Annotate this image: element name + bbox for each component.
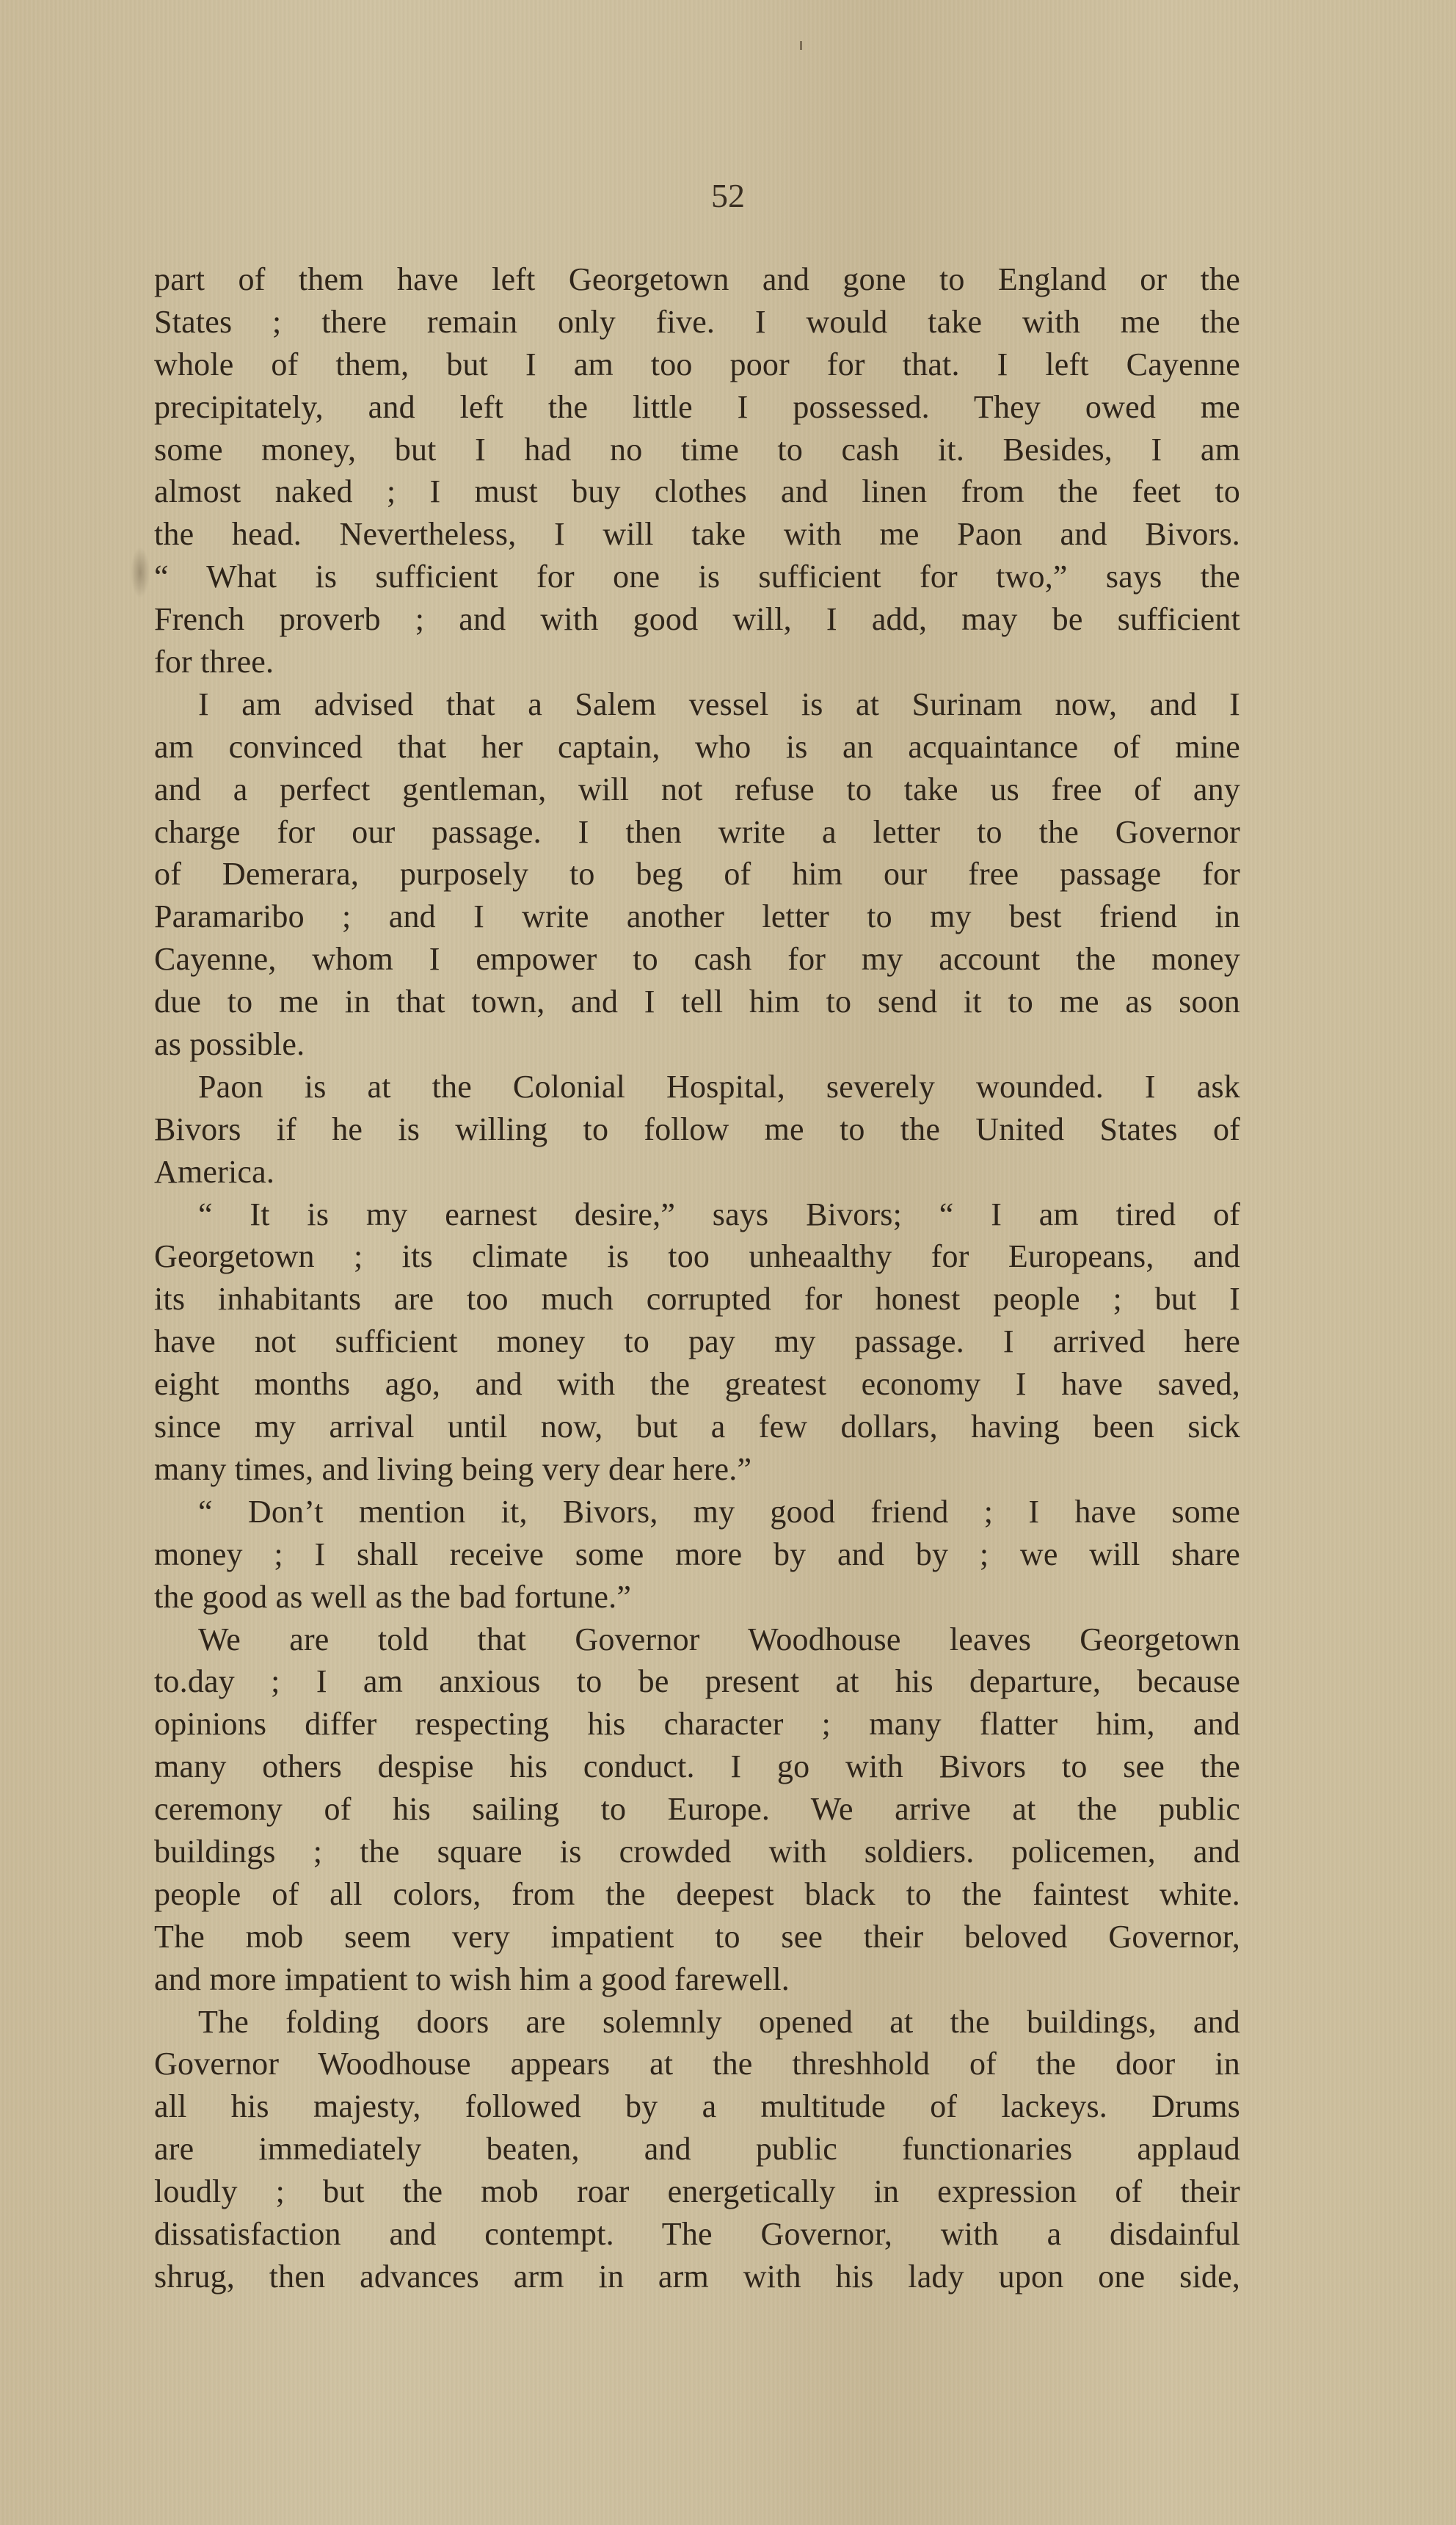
- text-line: French proverb ; and with good will, I a…: [154, 598, 1240, 641]
- text-line: “ It is my earnest desire,” says Bivors;…: [154, 1194, 1240, 1236]
- paragraph: Paon is at the Colonial Hospital, severe…: [154, 1066, 1240, 1194]
- text-line: since my arrival until now, but a few do…: [154, 1406, 1240, 1448]
- text-line: part of them have left Georgetown and go…: [154, 258, 1240, 301]
- text-line: some money, but I had no time to cash it…: [154, 429, 1240, 471]
- text-line: shrug, then advances arm in arm with his…: [154, 2256, 1240, 2298]
- text-line: ceremony of his sailing to Europe. We ar…: [154, 1788, 1240, 1831]
- text-line: people of all colors, from the deepest b…: [154, 1873, 1240, 1916]
- ink-smudge: [131, 547, 150, 598]
- text-line: loudly ; but the mob roar energetically …: [154, 2170, 1240, 2213]
- text-line: Cayenne, whom I empower to cash for my a…: [154, 938, 1240, 981]
- body-text: part of them have left Georgetown and go…: [154, 258, 1240, 2298]
- text-line: and a perfect gentleman, will not refuse…: [154, 769, 1240, 811]
- text-line: We are told that Governor Woodhouse leav…: [154, 1618, 1240, 1661]
- text-line: many others despise his conduct. I go wi…: [154, 1745, 1240, 1788]
- paragraph: part of them have left Georgetown and go…: [154, 258, 1240, 683]
- text-line: Georgetown ; its climate is too unheaalt…: [154, 1235, 1240, 1278]
- text-line: States ; there remain only five. I would…: [154, 301, 1240, 344]
- text-line: I am advised that a Salem vessel is at S…: [154, 683, 1240, 726]
- text-line: for three.: [154, 641, 1240, 683]
- text-line: “ What is sufficient for one is sufficie…: [154, 556, 1240, 598]
- paragraph: We are told that Governor Woodhouse leav…: [154, 1618, 1240, 2001]
- text-line: money ; I shall receive some more by and…: [154, 1533, 1240, 1576]
- text-line: its inhabitants are too much corrupted f…: [154, 1278, 1240, 1320]
- text-line: the good as well as the bad fortune.”: [154, 1576, 1240, 1618]
- paper-speck: [800, 41, 802, 50]
- paragraph: The folding doors are solemnly opened at…: [154, 2001, 1240, 2298]
- text-line: buildings ; the square is crowded with s…: [154, 1831, 1240, 1873]
- text-line: of Demerara, purposely to beg of him our…: [154, 853, 1240, 895]
- text-line: and more impatient to wish him a good fa…: [154, 1958, 1240, 2001]
- text-line: precipitately, and left the little I pos…: [154, 386, 1240, 429]
- text-line: Governor Woodhouse appears at the thresh…: [154, 2043, 1240, 2085]
- text-line: are immediately beaten, and public funct…: [154, 2128, 1240, 2170]
- text-line: Bivors if he is willing to follow me to …: [154, 1108, 1240, 1151]
- text-line: America.: [154, 1151, 1240, 1194]
- text-line: the head. Nevertheless, I will take with…: [154, 513, 1240, 556]
- text-line: Paon is at the Colonial Hospital, severe…: [154, 1066, 1240, 1108]
- text-line: whole of them, but I am too poor for tha…: [154, 344, 1240, 386]
- paragraph: “ Don’t mention it, Bivors, my good frie…: [154, 1491, 1240, 1618]
- text-line: The folding doors are solemnly opened at…: [154, 2001, 1240, 2043]
- text-line: many times, and living being very dear h…: [154, 1448, 1240, 1491]
- text-line: Paramaribo ; and I write another letter …: [154, 895, 1240, 938]
- text-line: all his majesty, followed by a multitude…: [154, 2085, 1240, 2128]
- text-line: opinions differ respecting his character…: [154, 1703, 1240, 1745]
- text-line: almost naked ; I must buy clothes and li…: [154, 471, 1240, 513]
- text-line: dissatisfaction and contempt. The Govern…: [154, 2213, 1240, 2256]
- page-number: 52: [0, 176, 1456, 215]
- paragraph: “ It is my earnest desire,” says Bivors;…: [154, 1194, 1240, 1491]
- text-line: have not sufficient money to pay my pass…: [154, 1320, 1240, 1363]
- text-line: eight months ago, and with the greatest …: [154, 1363, 1240, 1406]
- paragraph: I am advised that a Salem vessel is at S…: [154, 683, 1240, 1066]
- text-line: The mob seem very impatient to see their…: [154, 1916, 1240, 1958]
- text-line: “ Don’t mention it, Bivors, my good frie…: [154, 1491, 1240, 1533]
- text-line: to.day ; I am anxious to be present at h…: [154, 1660, 1240, 1703]
- book-page: 52 part of them have left Georgetown and…: [0, 0, 1456, 2525]
- text-line: as possible.: [154, 1023, 1240, 1066]
- text-line: due to me in that town, and I tell him t…: [154, 981, 1240, 1023]
- text-line: charge for our passage. I then write a l…: [154, 811, 1240, 854]
- text-line: am convinced that her captain, who is an…: [154, 726, 1240, 769]
